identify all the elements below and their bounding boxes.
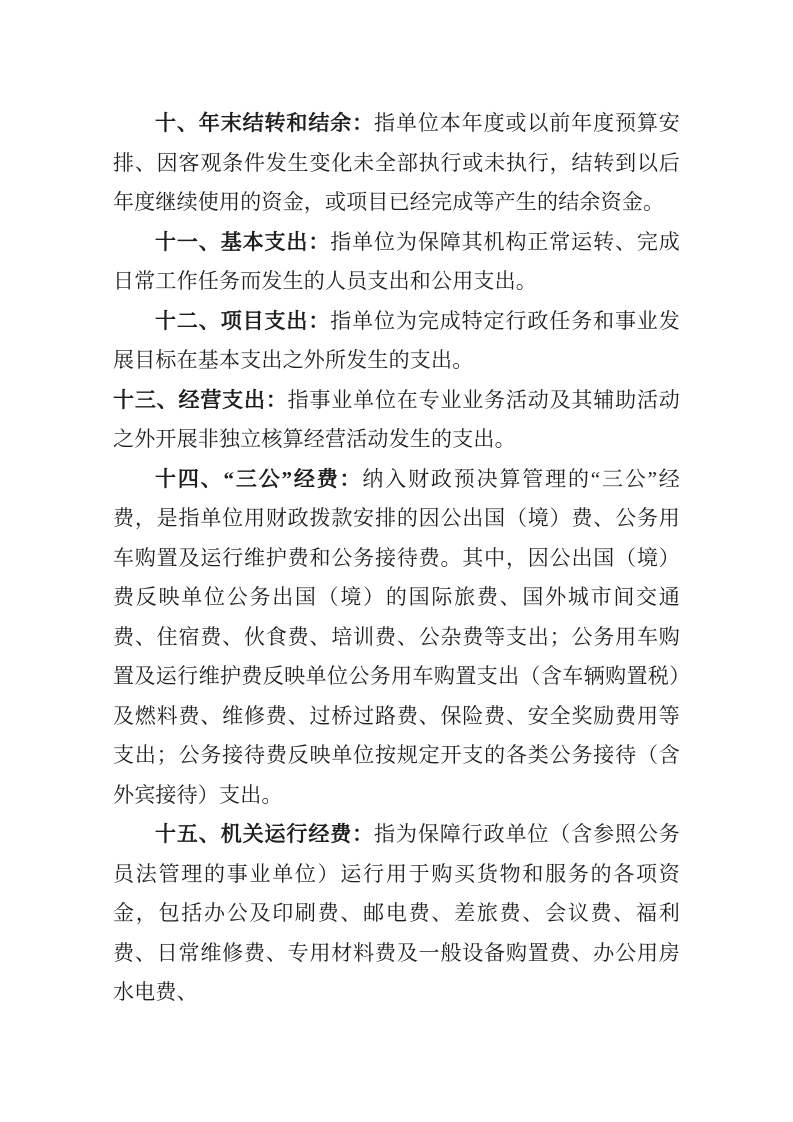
paragraph: 十三、经营支出：指事业单位在专业业务活动及其辅助活动之外开展非独立核算经营活动发…: [113, 381, 680, 460]
paragraph: 十、年末结转和结余：指单位本年度或以前年度预算安排、因客观条件发生变化未全部执行…: [113, 104, 680, 223]
document-page: 十、年末结转和结余：指单位本年度或以前年度预算安排、因客观条件发生变化未全部执行…: [0, 0, 793, 1122]
document-content: 十、年末结转和结余：指单位本年度或以前年度预算安排、因客观条件发生变化未全部执行…: [113, 104, 680, 1013]
paragraph-lead: 十二、项目支出：: [155, 309, 330, 333]
paragraph: 十一、基本支出：指单位为保障其机构正常运转、完成日常工作任务而发生的人员支出和公…: [113, 223, 680, 302]
paragraph: 十二、项目支出：指单位为完成特定行政任务和事业发展目标在基本支出之外所发生的支出…: [113, 302, 680, 381]
paragraph: 十五、机关运行经费：指为保障行政单位（含参照公务员法管理的事业单位）运行用于购买…: [113, 815, 680, 1013]
paragraph-body: 纳入财政预决算管理的“三公”经费，是指单位用财政拨款安排的因公出国（境）费、公务…: [113, 467, 680, 807]
paragraph-lead: 十一、基本支出：: [155, 230, 330, 254]
paragraph-body: 指为保障行政单位（含参照公务员法管理的事业单位）运行用于购买货物和服务的各项资金…: [113, 822, 680, 1004]
paragraph-lead: 十、年末结转和结余：: [155, 111, 374, 135]
paragraph-lead: 十五、机关运行经费：: [155, 822, 374, 846]
paragraph-lead: 十三、经营支出：: [113, 388, 288, 412]
paragraph: 十四、“三公”经费：纳入财政预决算管理的“三公”经费，是指单位用财政拨款安排的因…: [113, 460, 680, 816]
paragraph-lead: 十四、“三公”经费：: [155, 467, 362, 491]
